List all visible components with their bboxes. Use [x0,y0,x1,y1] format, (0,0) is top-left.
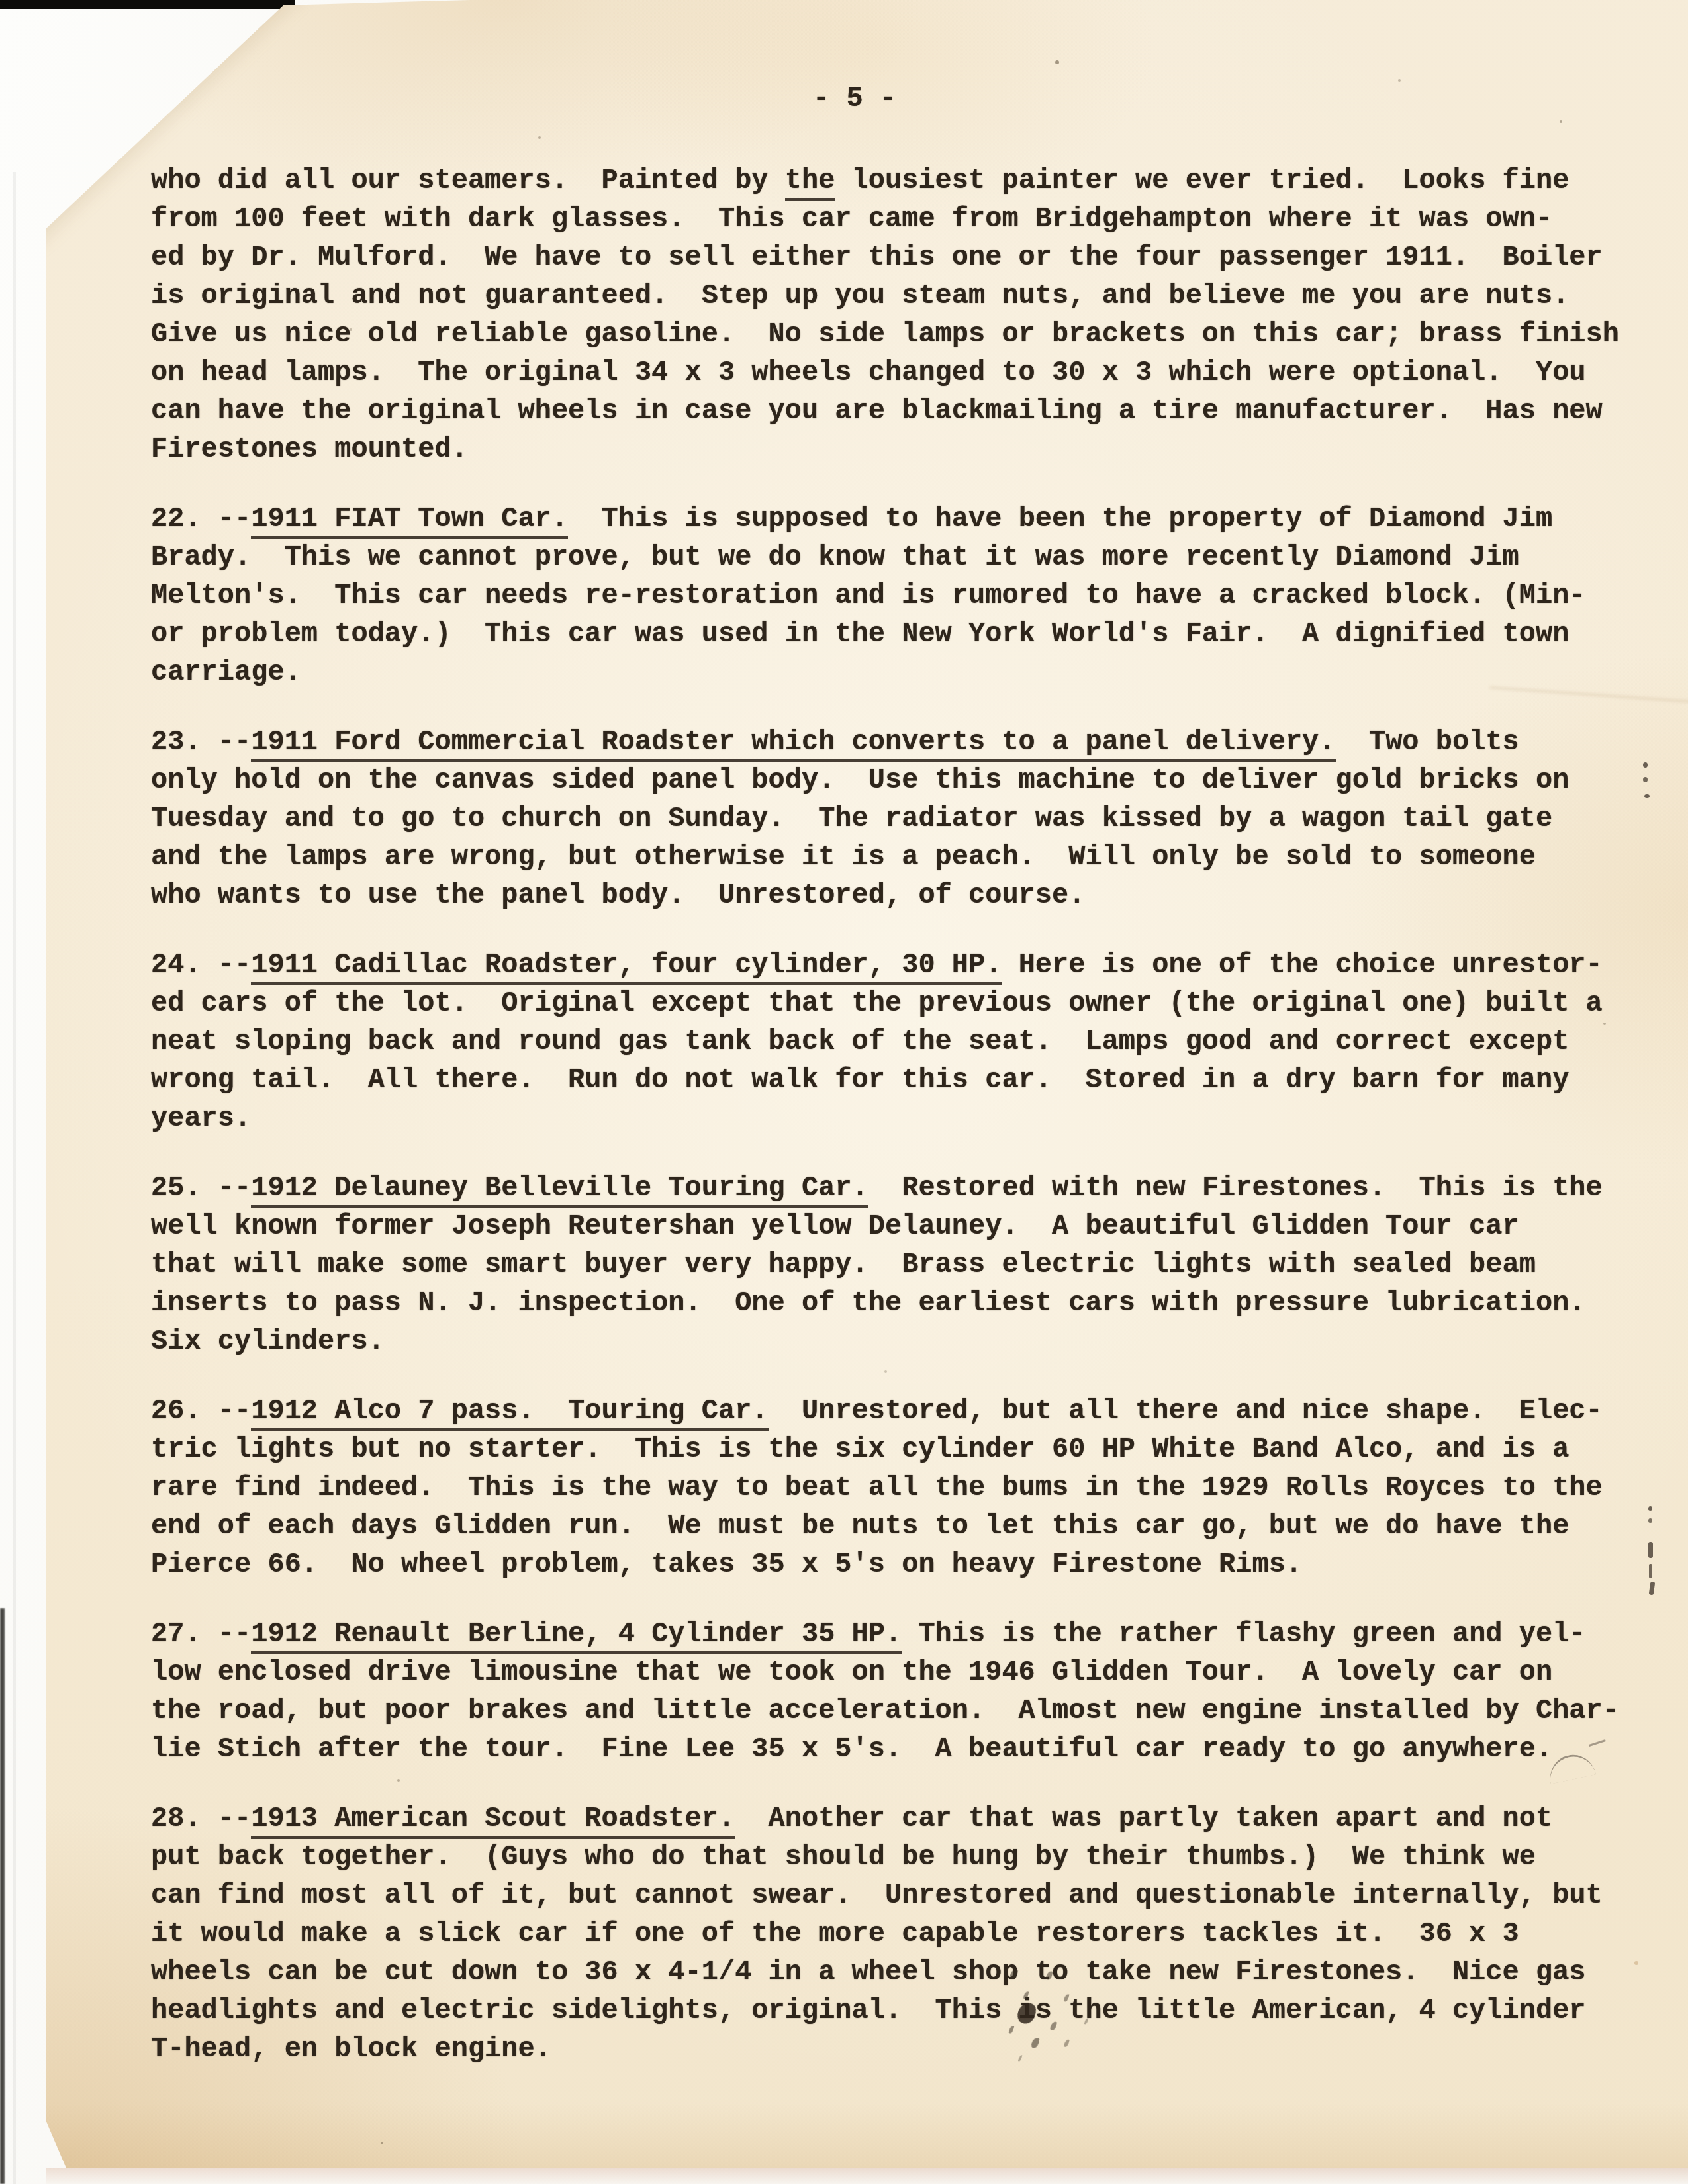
paragraph-text: lousiest painter we ever tried. Looks fi… [151,165,1619,465]
paper-sheet: - 5 - who did all our steamers. Painted … [46,0,1688,2168]
stray-ink-mark [1648,1506,1652,1511]
stray-ink-mark [1643,762,1648,768]
underlined-heading: 1911 Ford Commercial Roadster which conv… [251,726,1335,762]
stray-ink-mark [1648,1542,1653,1558]
paragraph: 22. --1911 FIAT Town Car. This is suppos… [151,500,1640,692]
underlined-heading: 1913 American Scout Roadster. [251,1803,735,1839]
underlined-heading: 1912 Delauney Belleville Touring Car. [251,1172,868,1208]
page-number: - 5 - [813,79,896,118]
paragraph: 27. --1912 Renault Berline, 4 Cylinder 3… [151,1615,1640,1768]
paragraph-text: 28. -- [151,1803,251,1835]
paragraph-text: 22. -- [151,503,251,535]
paper-bottom-edge [46,2168,1688,2184]
paragraph-text: 24. -- [151,949,251,981]
paragraph: 26. --1912 Alco 7 pass. Touring Car. Unr… [151,1392,1640,1584]
paragraph: 24. --1911 Cadillac Roadster, four cylin… [151,946,1640,1138]
paragraph: 28. --1913 American Scout Roadster. Anot… [151,1799,1640,2068]
stray-ink-mark [1649,1582,1656,1596]
underlined-heading: 1912 Alco 7 pass. Touring Car. [251,1395,768,1431]
paragraph-text: 25. -- [151,1172,251,1204]
paragraph: 25. --1912 Delauney Belleville Touring C… [151,1169,1640,1361]
paragraph-text: 27. -- [151,1618,251,1650]
paragraph: who did all our steamers. Painted by the… [151,161,1640,469]
paragraph-text: Another car that was partly taken apart … [151,1803,1603,2065]
scanner-edge-top [0,0,295,9]
paragraph: 23. --1911 Ford Commercial Roadster whic… [151,723,1640,915]
underlined-heading: 1911 FIAT Town Car. [251,503,568,539]
document-body: who did all our steamers. Painted by the… [151,161,1640,2099]
paragraph-text: 23. -- [151,726,251,758]
paragraph-text: who did all our steamers. Painted by [151,165,785,197]
scanner-edge-left [0,1608,5,2184]
underlined-heading: 1911 Cadillac Roadster, four cylinder, 3… [251,949,1002,985]
scanner-artifact-line [13,172,16,2184]
underlined-heading: 1912 Renault Berline, 4 Cylinder 35 HP. [251,1618,902,1654]
scanned-page: - 5 - who did all our steamers. Painted … [0,0,1688,2184]
stray-ink-mark [1644,794,1650,798]
paragraph-text: 26. -- [151,1395,251,1427]
underlined-heading: the [785,165,835,201]
